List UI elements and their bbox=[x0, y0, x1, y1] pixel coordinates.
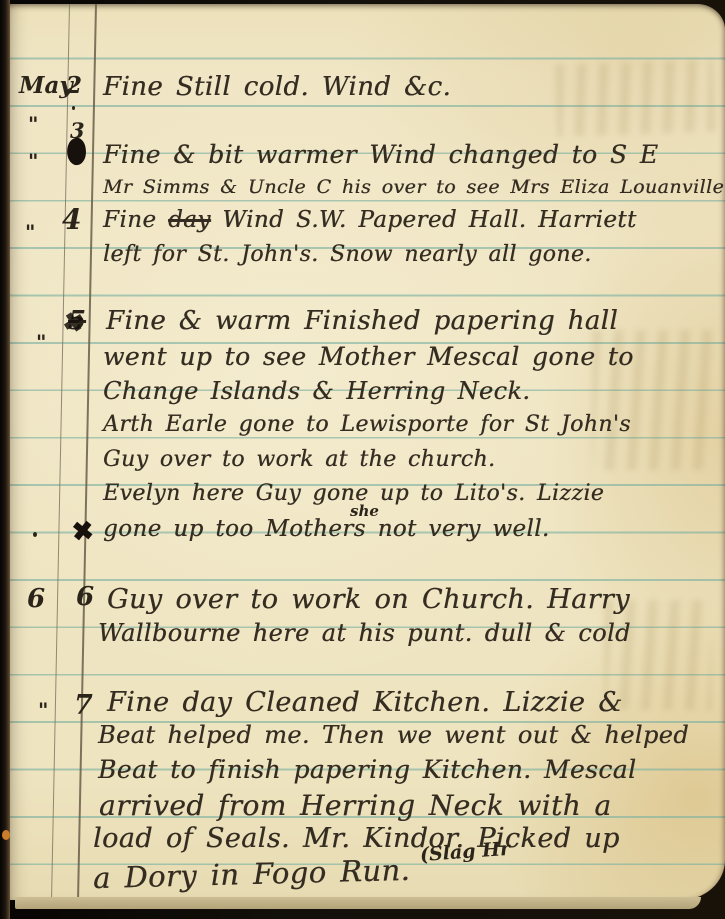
diary-line: gone up too Mothers not very well. bbox=[103, 518, 550, 541]
ditto-mark-2: " bbox=[28, 151, 38, 171]
struck-word: day bbox=[168, 207, 211, 233]
diary-line: Beat helped me. Then we went out & helpe… bbox=[98, 723, 689, 747]
book-binding-edge bbox=[0, 0, 10, 919]
ditto-mark-4: " bbox=[36, 332, 46, 352]
line-part: Fine bbox=[103, 207, 168, 233]
ditto-mark-1: " bbox=[28, 114, 38, 134]
diary-line: load of Seals. Mr. Kindor. Picked up bbox=[93, 825, 620, 852]
diary-line: arrived from Herring Neck with a bbox=[99, 792, 611, 820]
month-label: May bbox=[19, 74, 73, 97]
ink-dot bbox=[33, 532, 37, 537]
day-number-6-outer: 6 bbox=[27, 586, 45, 612]
crossed-scribble-icon: ✖ bbox=[70, 516, 95, 548]
orange-speck bbox=[2, 830, 10, 840]
line-part: Wind S.W. Papered Hall. Harriett bbox=[211, 207, 637, 233]
diary-line: Fine day Wind S.W. Papered Hall. Harriet… bbox=[103, 209, 637, 232]
diary-line: Arth Earle gone to Lewisporte for St Joh… bbox=[103, 414, 631, 436]
diary-line: Fine Still cold. Wind &c. bbox=[103, 74, 451, 100]
page-bottom-edge bbox=[15, 897, 701, 909]
day-number-7: 7 bbox=[74, 692, 93, 719]
day-number-4: 4 bbox=[62, 206, 81, 234]
diary-line: Guy over to work at the church. bbox=[103, 449, 495, 471]
diary-line: went up to see Mother Mescal gone to bbox=[103, 344, 634, 369]
diary-line: Wallbourne here at his punt. dull & cold bbox=[98, 621, 631, 645]
bleedthrough-smudge bbox=[555, 59, 715, 136]
margin-line-outer bbox=[51, 4, 70, 909]
diary-line: Mr Simms & Uncle C his over to see Mrs E… bbox=[103, 178, 724, 197]
diary-line: Fine & warm Finished papering hall bbox=[106, 308, 618, 334]
diary-line: Fine day Cleaned Kitchen. Lizzie & bbox=[107, 689, 623, 716]
day-number-2: 2 bbox=[66, 74, 82, 97]
diary-line: Beat to finish papering Kitchen. Mescal bbox=[98, 757, 636, 782]
day-number-6: 6 bbox=[76, 584, 94, 610]
diary-line: Fine & bit warmer Wind changed to S E bbox=[103, 142, 658, 167]
ditto-mark-5: " bbox=[38, 700, 48, 720]
ditto-mark-3: " bbox=[25, 222, 35, 242]
ink-dot bbox=[72, 106, 75, 110]
diary-line: left for St. John's. Snow nearly all gon… bbox=[103, 244, 592, 266]
diary-line: Change Islands & Herring Neck. bbox=[103, 379, 530, 403]
diary-line: Guy over to work on Church. Harry bbox=[107, 586, 630, 613]
photo-background: May 2 " 3 " " 4 " 5 ✖ ✖ 6 6 " 7 Fine Sti… bbox=[0, 0, 725, 919]
diary-line: a Dory in Fogo Run. bbox=[93, 856, 411, 893]
